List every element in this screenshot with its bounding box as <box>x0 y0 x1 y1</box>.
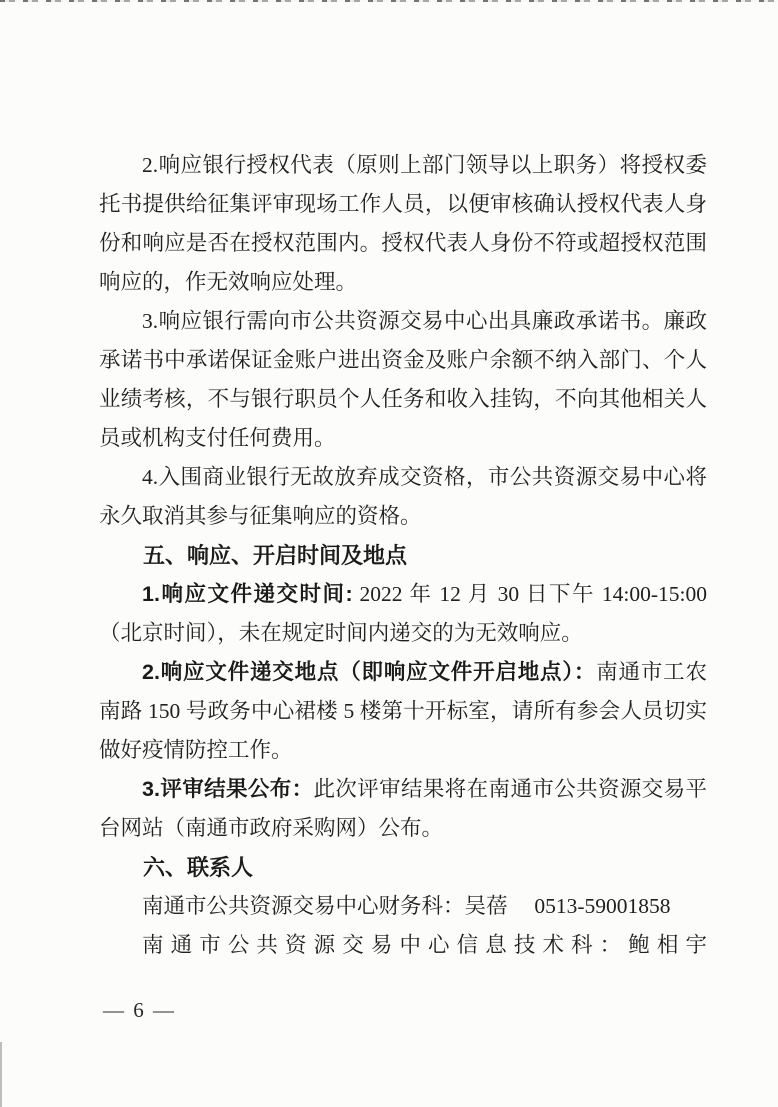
submission-location-label: 2.响应文件递交地点（即响应文件开启地点）： <box>142 660 596 684</box>
section-heading-contacts: 六、联系人 <box>99 848 707 887</box>
paragraph-submission-location: 2.响应文件递交地点（即响应文件开启地点）：南通市工农南路 150 号政务中心裙… <box>99 653 707 770</box>
submission-time-label: 1.响应文件递交时间: <box>142 582 353 606</box>
paragraph-integrity-commitment: 3.响应银行需向市公共资源交易中心出具廉政承诺书。廉政承诺书中承诺保证金账户进出… <box>99 302 707 458</box>
scan-artifact-top-edge <box>0 0 778 2</box>
paragraph-abandon-qualification: 4.入围商业银行无故放弃成交资格，市公共资源交易中心将永久取消其参与征集响应的资… <box>99 458 707 536</box>
contact-finance-department: 南通市公共资源交易中心财务科：吴蓓 0513-59001858 <box>99 887 707 926</box>
paragraph-authorized-representative: 2.响应银行授权代表（原则上部门领导以上职务）将授权委托书提供给征集评审现场工作… <box>99 146 707 302</box>
paragraph-review-result-announcement: 3.评审结果公布：此次评审结果将在南通市公共资源交易平台网站（南通市政府采购网）… <box>99 770 707 848</box>
scan-artifact-left-edge <box>0 1042 2 1107</box>
paragraph-submission-time: 1.响应文件递交时间: 2022 年 12 月 30 日下午 14:00-15:… <box>99 575 707 653</box>
review-result-label: 3.评审结果公布： <box>142 777 314 801</box>
contact-it-department: 南通市公共资源交易中心信息技术科：鲍相宇 <box>99 926 707 965</box>
document-body: 2.响应银行授权代表（原则上部门领导以上职务）将授权委托书提供给征集评审现场工作… <box>99 146 707 965</box>
scanned-document-page: { "document": { "language": "zh-CN", "te… <box>0 0 778 1107</box>
section-heading-response-time-location: 五、响应、开启时间及地点 <box>99 536 707 575</box>
page-number: — 6 — <box>103 997 176 1023</box>
